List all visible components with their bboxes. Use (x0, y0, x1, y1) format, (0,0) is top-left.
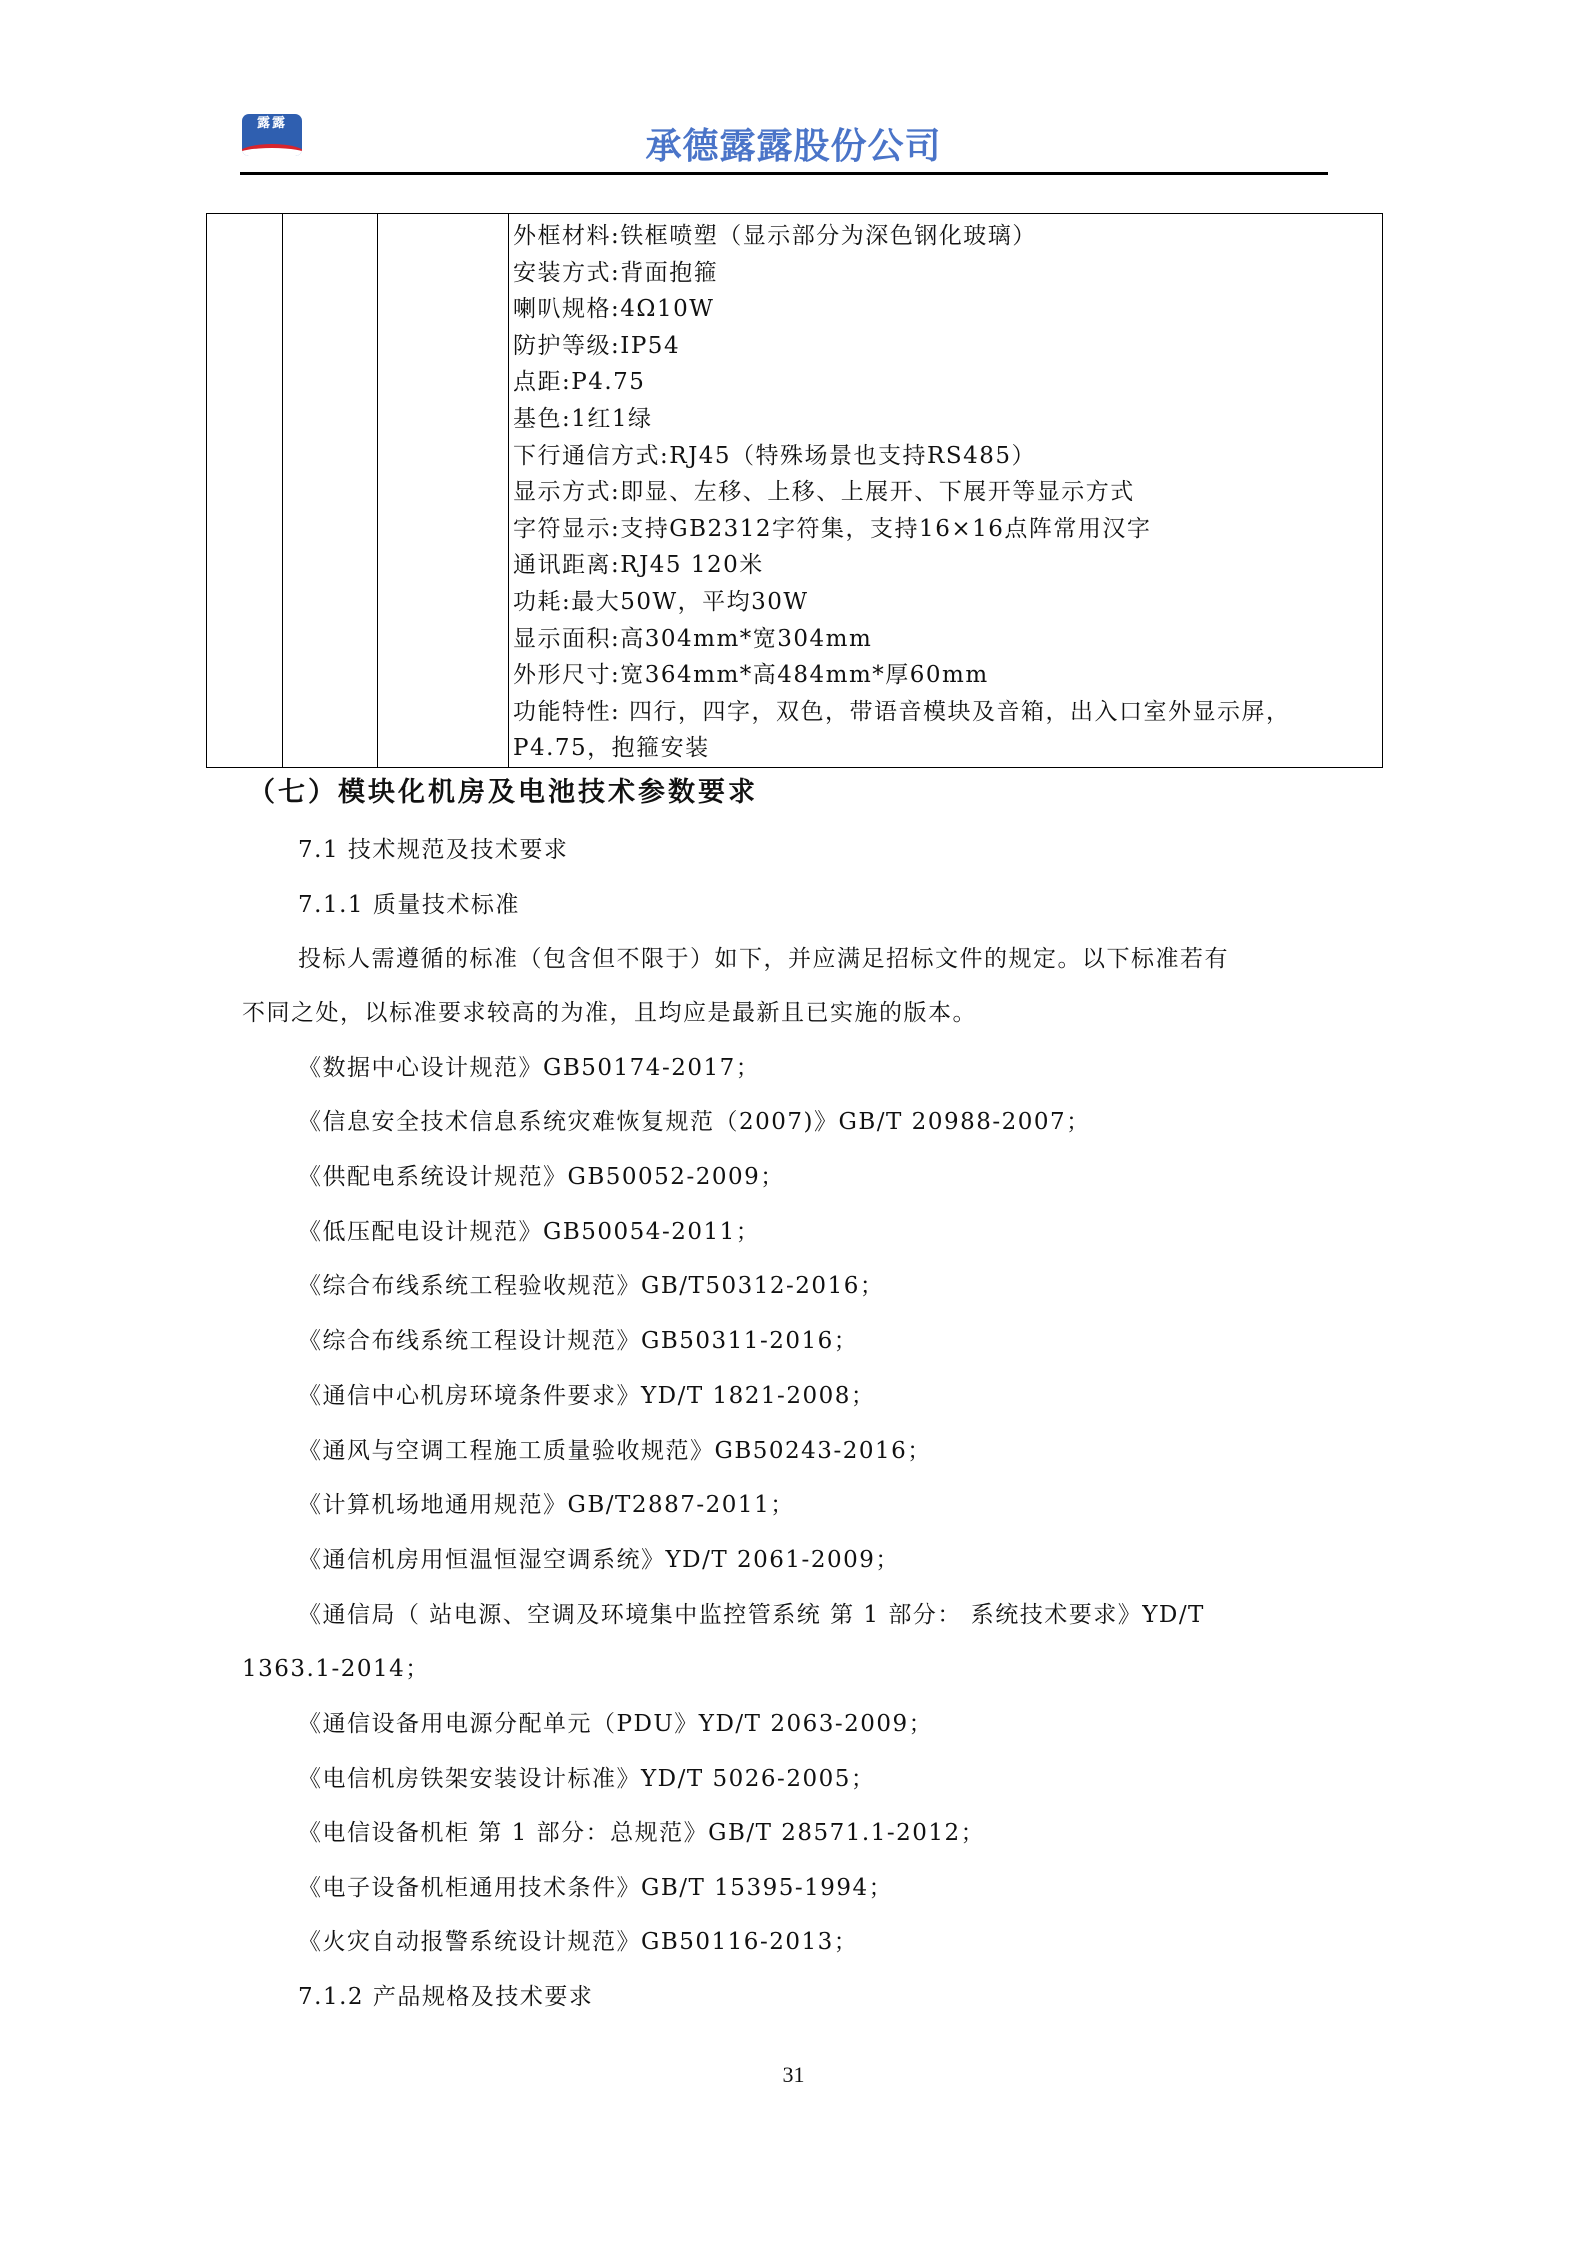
table-cell-qty (378, 214, 509, 768)
spec-line: 喇叭规格:4Ω10W (513, 291, 1380, 328)
standard-item: 《电信设备机柜 第 1 部分：总规范》GB/T 28571.1-2012； (298, 1818, 985, 1848)
spec-line: 防护等级:IP54 (513, 328, 1380, 365)
table-row: 外框材料:铁框喷塑（显示部分为深色钢化玻璃） 安装方式:背面抱箍 喇叭规格:4Ω… (207, 214, 1383, 768)
standard-item: 《供配电系统设计规范》GB50052-2009； (298, 1162, 785, 1192)
standard-item: 《电信机房铁架安装设计标准》YD/T 5026-2005； (298, 1764, 875, 1794)
spec-line: 显示面积:高304mm*宽304mm (513, 621, 1380, 658)
standard-item: 《计算机场地通用规范》GB/T2887-2011； (298, 1490, 795, 1520)
subheading-7-1-1: 7.1.1 质量技术标准 (298, 890, 520, 920)
spec-line: 基色:1红1绿 (513, 401, 1380, 438)
spec-line: 功能特性: 四行，四字，双色，带语音模块及音箱，出入口室外显示屏， (513, 694, 1380, 731)
subheading-7-1-2: 7.1.2 产品规格及技术要求 (298, 1982, 593, 2012)
standard-item: 《通信设备用电源分配单元（PDU》YD/T 2063-2009； (298, 1709, 933, 1739)
standard-item: 《数据中心设计规范》GB50174-2017； (298, 1053, 760, 1083)
spec-line: 外框材料:铁框喷塑（显示部分为深色钢化玻璃） (513, 218, 1380, 255)
section-heading: （七）模块化机房及电池技术参数要求 (248, 770, 758, 809)
company-title: 承德露露股份公司 (0, 118, 1587, 169)
page-number: 31 (0, 2062, 1587, 2088)
standard-item: 《信息安全技术信息系统灾难恢复规范（2007)》GB/T 20988-2007； (298, 1107, 1091, 1137)
table-cell-index (207, 214, 283, 768)
standard-item: 《综合布线系统工程验收规范》GB/T50312-2016； (298, 1271, 884, 1301)
table-cell-name (283, 214, 378, 768)
standard-item: 《火灾自动报警系统设计规范》GB50116-2013； (298, 1927, 858, 1957)
standard-item: 《电子设备机柜通用技术条件》GB/T 15395-1994； (298, 1873, 893, 1903)
spec-line: 字符显示:支持GB2312字符集，支持16×16点阵常用汉字 (513, 511, 1380, 548)
standard-item: 《通信局（ 站电源、空调及环境集中监控管系统 第 1 部分： 系统技术要求》YD… (298, 1600, 1205, 1630)
standard-item: 《通信机房用恒温恒湿空调系统》YD/T 2061-2009； (298, 1545, 900, 1575)
subheading-7-1: 7.1 技术规范及技术要求 (298, 835, 568, 865)
spec-line: P4.75，抱箍安装 (513, 730, 1380, 767)
spec-line: 通讯距离:RJ45 120米 (513, 547, 1380, 584)
table-cell-specs: 外框材料:铁框喷塑（显示部分为深色钢化玻璃） 安装方式:背面抱箍 喇叭规格:4Ω… (509, 214, 1383, 768)
header-divider (240, 172, 1328, 175)
standard-item-continuation: 1363.1-2014； (242, 1654, 430, 1684)
standard-item: 《通信中心机房环境条件要求》YD/T 1821-2008； (298, 1381, 875, 1411)
spec-line: 功耗:最大50W，平均30W (513, 584, 1380, 621)
intro-paragraph-line: 不同之处，以标准要求较高的为准，且均应是最新且已实施的版本。 (242, 998, 977, 1028)
spec-line: 显示方式:即显、左移、上移、上展开、下展开等显示方式 (513, 474, 1380, 511)
spec-line: 点距:P4.75 (513, 364, 1380, 401)
spec-table: 外框材料:铁框喷塑（显示部分为深色钢化玻璃） 安装方式:背面抱箍 喇叭规格:4Ω… (206, 213, 1383, 768)
spec-line: 下行通信方式:RJ45（特殊场景也支持RS485） (513, 438, 1380, 475)
intro-paragraph-line: 投标人需遵循的标准（包含但不限于）如下，并应满足招标文件的规定。以下标准若有 (298, 944, 1229, 974)
spec-line: 安装方式:背面抱箍 (513, 255, 1380, 292)
standard-item: 《通风与空调工程施工质量验收规范》GB50243-2016； (298, 1436, 932, 1466)
standard-item: 《低压配电设计规范》GB50054-2011； (298, 1217, 760, 1247)
standard-item: 《综合布线系统工程设计规范》GB50311-2016； (298, 1326, 858, 1356)
spec-line: 外形尺寸:宽364mm*高484mm*厚60mm (513, 657, 1380, 694)
